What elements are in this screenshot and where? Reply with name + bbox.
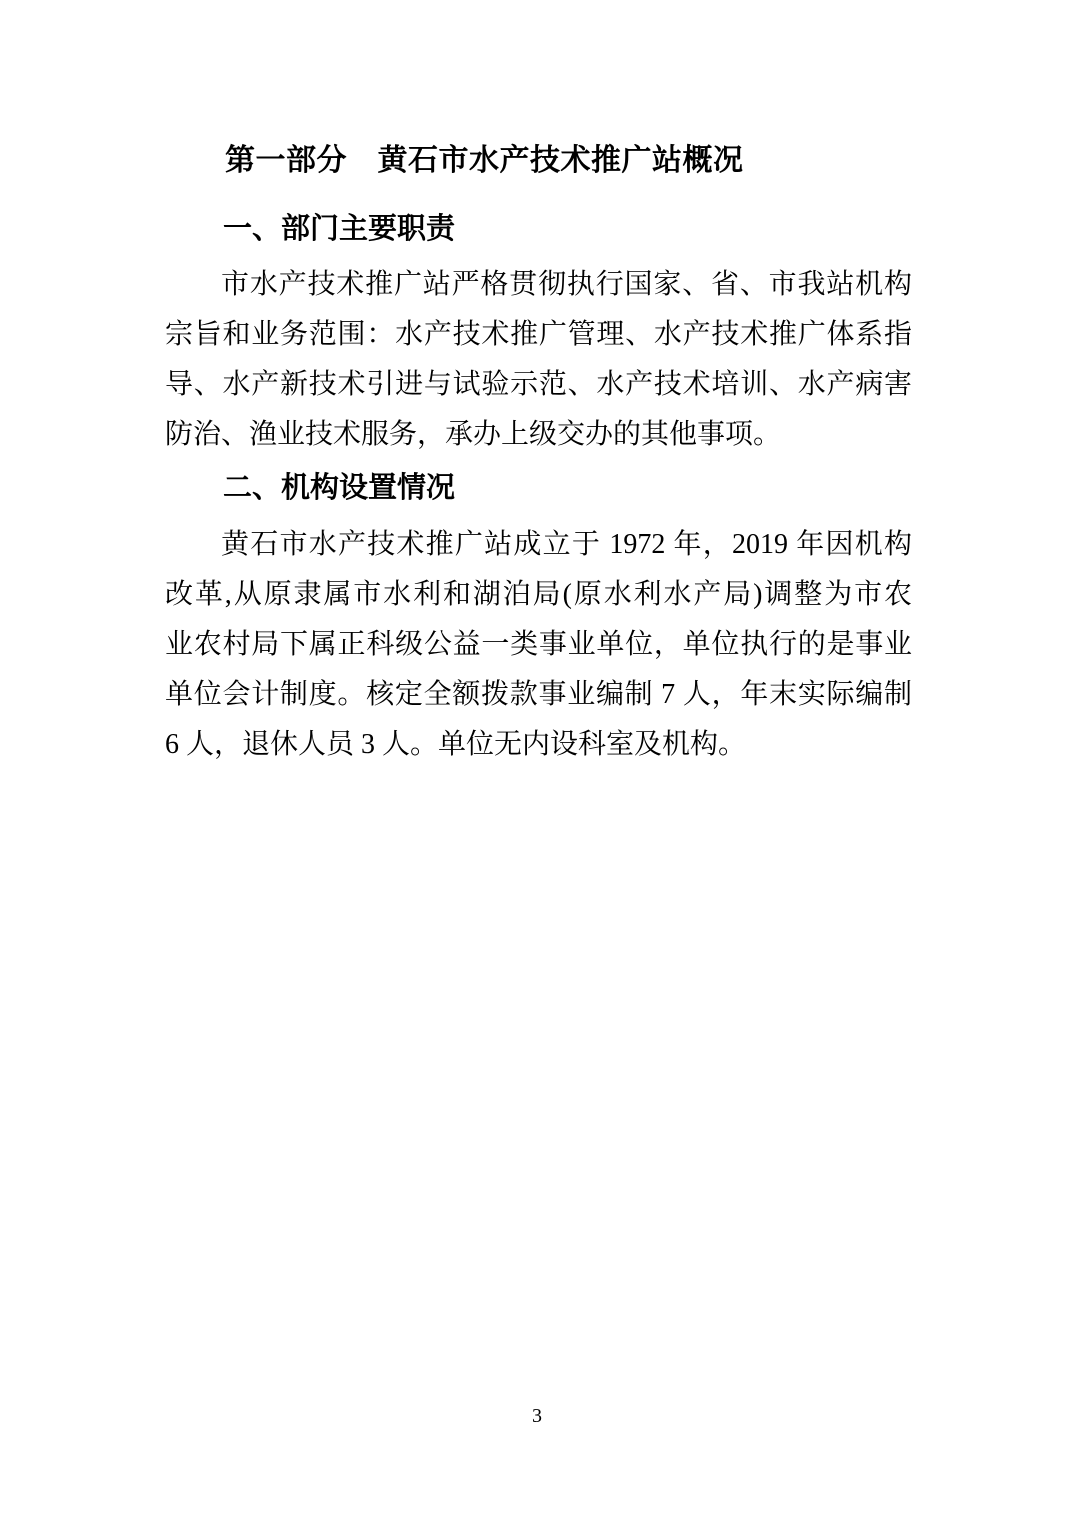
paragraph-line: 6 人，退休人员 3 人。单位无内设科室及机构。 <box>165 720 912 770</box>
page-title: 第一部分 黄石市水产技术推广站概况 <box>165 140 912 182</box>
document-page: 第一部分 黄石市水产技术推广站概况 一、部门主要职责 市水产技术推广站严格贯彻执… <box>0 0 1074 1520</box>
paragraph-line: 改革,从原隶属市水利和湖泊局(原水利水产局)调整为市农 <box>165 570 912 620</box>
paragraph-line: 单位会计制度。核定全额拨款事业编制 7 人，年末实际编制 <box>165 670 912 720</box>
document-content: 第一部分 黄石市水产技术推广站概况 一、部门主要职责 市水产技术推广站严格贯彻执… <box>165 140 912 770</box>
paragraph-line: 业农村局下属正科级公益一类事业单位，单位执行的是事业 <box>165 620 912 670</box>
paragraph-2: 黄石市水产技术推广站成立于 1972 年，2019 年因机构 改革,从原隶属市水… <box>165 520 912 770</box>
paragraph-line: 防治、渔业技术服务，承办上级交办的其他事项。 <box>165 410 912 460</box>
paragraph-line: 宗旨和业务范围：水产技术推广管理、水产技术推广体系指 <box>165 310 912 360</box>
page-number: 3 <box>0 1402 1074 1430</box>
paragraph-line: 导、水产新技术引进与试验示范、水产技术培训、水产病害 <box>165 360 912 410</box>
section-heading-1: 一、部门主要职责 <box>165 208 912 250</box>
section-heading-2: 二、机构设置情况 <box>165 467 912 509</box>
paragraph-1: 市水产技术推广站严格贯彻执行国家、省、市我站机构 宗旨和业务范围：水产技术推广管… <box>165 260 912 460</box>
paragraph-line: 市水产技术推广站严格贯彻执行国家、省、市我站机构 <box>165 260 912 310</box>
paragraph-line: 黄石市水产技术推广站成立于 1972 年，2019 年因机构 <box>165 520 912 570</box>
